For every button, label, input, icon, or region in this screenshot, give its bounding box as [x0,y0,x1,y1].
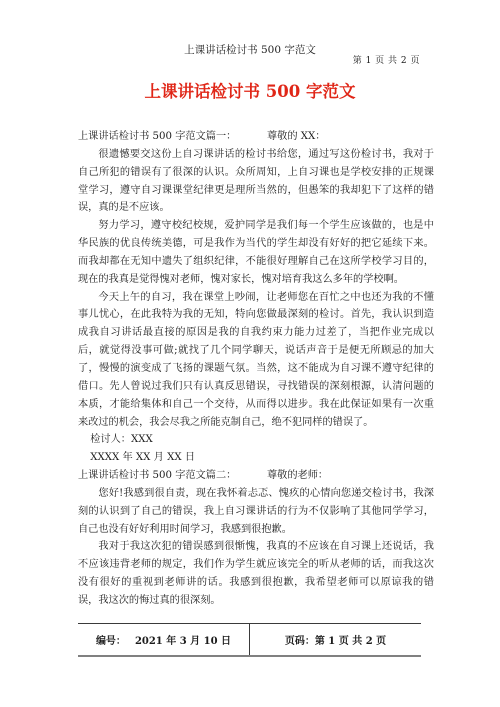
body-paragraph: 今天上午的自习，我在课堂上吵闹，让老师您在百忙之中也还为我的不懂事儿忧心，在此我… [78,289,434,432]
header-running-title: 上课讲话检讨书 500 字范文 [0,42,500,57]
section-heading: 上课讲话检讨书 500 字范文篇一：尊敬的 XX： [78,128,434,146]
document-title: 上课讲话检讨书 500 字范文 [0,78,500,102]
section-heading-label: 上课讲话检讨书 500 字范文篇二： [78,470,236,481]
body-paragraph: 很遗憾要交这份上自习课讲话的检讨书给您，通过写这份检讨书，我对于自己所犯的错误有… [78,146,434,217]
body-paragraph: 努力学习，遵守校纪校规，爱护同学是我们每一个学生应该做的，也是中华民族的优良传统… [78,217,434,288]
body-paragraph: 我对于我这次犯的错误感到很惭愧，我真的不应该在自习课上还说话，我不应该违背老师的… [78,538,434,609]
signoff-line: XXXX 年 XX 月 XX 日 [78,449,434,467]
footer-page-value: 第 1 页 共 2 页 [315,632,386,647]
footer-number-value: 2021 年 3 月 10 日 [135,632,231,647]
section-salutation: 尊敬的老师： [267,470,328,481]
footer-number-label: 编号： [96,632,126,647]
footer-page-cell: 页码： 第 1 页 共 2 页 [250,624,421,655]
header-page-indicator: 第 1 页 共 2 页 [353,53,420,66]
document-body: 上课讲话检讨书 500 字范文篇一：尊敬的 XX：很遗憾要交这份上自习课讲话的检… [78,128,434,610]
document-page: 上课讲话检讨书 500 字范文 第 1 页 共 2 页 上课讲话检讨书 500 … [0,0,500,707]
section-heading: 上课讲话检讨书 500 字范文篇二：尊敬的老师： [78,467,434,485]
body-paragraph: 您好!我感到很自责，现在我怀着忐忑、愧疚的心情向您递交检讨书，我深刻的认识到了自… [78,485,434,539]
footer-number-cell: 编号： 2021 年 3 月 10 日 [78,624,250,655]
page-footer: 编号： 2021 年 3 月 10 日 页码： 第 1 页 共 2 页 [78,623,421,657]
signoff-line: 检讨人：XXX [78,431,434,449]
section-salutation: 尊敬的 XX： [267,131,326,142]
section-heading-label: 上课讲话检讨书 500 字范文篇一： [78,131,236,142]
footer-page-label: 页码： [285,632,315,647]
